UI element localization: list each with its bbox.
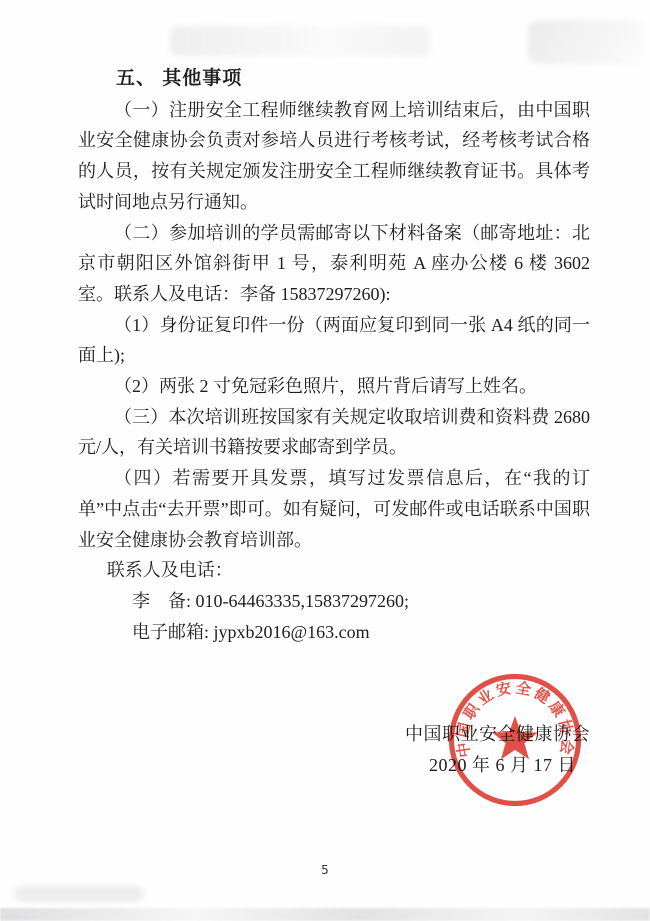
- section-heading: 五、 其他事项: [78, 64, 590, 95]
- paragraph-1: （一）注册安全工程师继续教育网上培训结束后，由中国职业安全健康协会负责对参培人员…: [78, 95, 590, 218]
- paragraph-3: （三）本次培训班按国家有关规定收取培训费和资料费 2680 元/人，有关培训书籍…: [78, 402, 590, 463]
- signature-block: 中国职业安全健康协会 2020 年 6 月 17 日: [78, 719, 590, 780]
- paragraph-2: （二）参加培训的学员需邮寄以下材料备案（邮寄地址：北京市朝阳区外馆斜街甲 1 号…: [78, 218, 590, 310]
- signature-org: 中国职业安全健康协会: [78, 719, 590, 750]
- paragraph-2-item-2: （2）两张 2 寸免冠彩色照片，照片背后请写上姓名。: [78, 371, 590, 402]
- paragraph-2-item-1: （1）身份证复印件一份（两面应复印到同一张 A4 纸的同一面上);: [78, 310, 590, 371]
- document-body: 五、 其他事项 （一）注册安全工程师继续教育网上培训结束后，由中国职业安全健康协…: [78, 64, 590, 781]
- contact-email-line: 电子邮箱: jypxb2016@163.com: [78, 617, 590, 648]
- scan-artifact-top-left: [170, 26, 430, 56]
- document-page: 五、 其他事项 （一）注册安全工程师继续教育网上培训结束后，由中国职业安全健康协…: [0, 0, 650, 921]
- signature-date: 2020 年 6 月 17 日: [78, 750, 590, 781]
- scan-artifact-bottom-edge: [0, 908, 650, 921]
- contact-phone-line: 李 备: 010-64463335,15837297260;: [78, 586, 590, 617]
- scan-artifact-bottom-left: [14, 886, 144, 902]
- page-number: 5: [0, 863, 650, 877]
- contact-label: 联系人及电话：: [78, 555, 590, 586]
- scan-artifact-top-right: [528, 20, 644, 64]
- paragraph-4: （四）若需要开具发票，填写过发票信息后，在“我的订单”中点击“去开票”即可。如有…: [78, 463, 590, 555]
